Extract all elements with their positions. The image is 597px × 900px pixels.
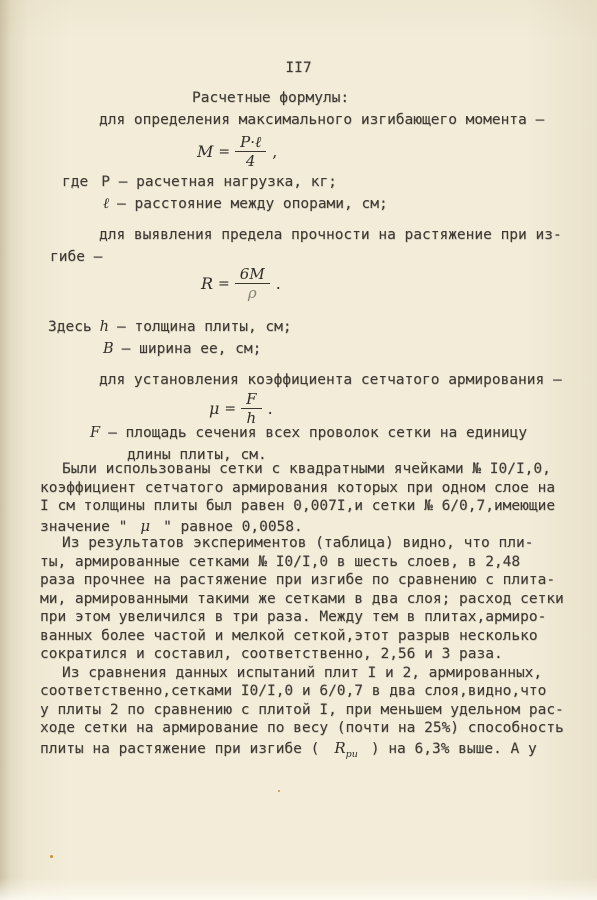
paper-speck [278, 790, 280, 792]
intro-mu-line: для установления коэффициента сетчатого … [99, 371, 562, 390]
body-line: Были использованы сетки с квадратными яч… [40, 461, 580, 480]
scanned-document-page: II7 Расчетные формулы: для определения м… [0, 0, 597, 900]
formula-punctuation: . [268, 399, 273, 418]
body-line: плиты на растяжение при изгибе (Rри) на … [40, 739, 580, 758]
formula-moment-lhs: M [197, 142, 213, 161]
body-line: значение "μ" равное 0,0058. [40, 517, 580, 536]
body-line: ходе сетки на армирование по весу (почти… [40, 720, 580, 739]
fraction-denominator: ρ [248, 284, 257, 301]
h-symbol: h [100, 319, 109, 335]
formula-punctuation: , [272, 142, 277, 161]
body-line: I см толщины плиты был равен 0,007I,и се… [40, 498, 580, 517]
body-line: ты, армированные сетками № I0/I,0 в шест… [40, 554, 580, 573]
equals-sign: = [224, 401, 236, 417]
intro-strength-line-2: гибе – [50, 248, 102, 267]
body-line-text: плиты на растяжение при изгибе ( [40, 741, 319, 757]
body-line: при этом увеличился в три раза. Между те… [40, 609, 580, 628]
body-line: сократился и составил, соответственно, 2… [40, 646, 580, 665]
fraction-numerator: P·ℓ [235, 134, 266, 152]
definition-line: В– ширина ее, см; [103, 340, 261, 359]
r-symbol-subscript: ри [346, 749, 358, 760]
body-line: ми, армированными такими же сетками в дв… [40, 591, 580, 610]
body-line: Из сравнения данных испытаний плит I и 2… [40, 665, 580, 684]
formula-mu: μ = F h . [209, 391, 273, 426]
fraction: F h [241, 391, 261, 426]
body-line-text: значение " [40, 519, 127, 535]
ell-symbol: ℓ [103, 196, 109, 212]
body-text-block: Были использованы сетки с квадратными яч… [40, 461, 580, 757]
f-symbol: F [90, 425, 100, 441]
here-label: Здесь [48, 319, 92, 335]
b-symbol: В [103, 341, 114, 357]
body-line: Из результатов экспериментов (таблица) в… [40, 535, 580, 554]
equals-sign: = [218, 276, 230, 292]
formula-strength-lhs: R [201, 274, 213, 293]
definition-text: – площадь сечения всех проволок сетки на… [108, 425, 527, 441]
where-label: где [62, 174, 88, 190]
body-line: коэффициент сетчатого армирования которы… [40, 480, 580, 499]
mu-symbol: μ [140, 517, 150, 535]
definition-text: Р – расчетная нагрузка, кг; [101, 174, 337, 190]
fraction-numerator: F [241, 391, 261, 409]
definition-text: – толщина плиты, см; [117, 319, 292, 335]
body-line-text: " равное 0,0058. [163, 519, 303, 535]
body-line: соответственно,сетками I0/I,0 и 6/0,7 в … [40, 683, 580, 702]
fraction-numerator: 6M [235, 266, 270, 284]
body-line-text: ) на 6,3% выше. А у [371, 741, 537, 757]
definition-line: F– площадь сечения всех проволок сетки н… [90, 424, 527, 443]
r-bending-symbol: Rри [334, 739, 358, 757]
intro-moment-line: для определения максимального изгибающег… [99, 111, 544, 130]
page-title: Расчетные формулы: [192, 89, 349, 108]
intro-strength-line-1: для выявления предела прочности на растя… [99, 226, 562, 245]
paper-speck [50, 855, 53, 858]
formula-strength: R = 6M ρ . [201, 266, 281, 301]
definition-text: – ширина ее, см; [122, 341, 262, 357]
equals-sign: = [218, 144, 230, 160]
fraction: 6M ρ [235, 266, 270, 301]
fraction-denominator: 4 [246, 152, 256, 169]
r-symbol-base: R [334, 739, 345, 757]
definition-text: – расстояние между опорами, см; [117, 196, 388, 212]
formula-punctuation: . [276, 274, 281, 293]
formula-mu-lhs: μ [209, 399, 219, 418]
definition-line: гдеР – расчетная нагрузка, кг; [62, 173, 337, 192]
body-line: у плиты 2 по сравнению с плитой I, при м… [40, 702, 580, 721]
definition-line: Здесьh– толщина плиты, см; [48, 318, 292, 337]
fraction: P·ℓ 4 [235, 134, 266, 169]
page-number: II7 [0, 59, 597, 78]
formula-moment: M = P·ℓ 4 , [197, 134, 277, 169]
body-line: ванных более частой и мелкой сеткой,этот… [40, 628, 580, 647]
body-line: раза прочнее на растяжение при изгибе по… [40, 572, 580, 591]
definition-line: ℓ– расстояние между опорами, см; [103, 195, 388, 214]
